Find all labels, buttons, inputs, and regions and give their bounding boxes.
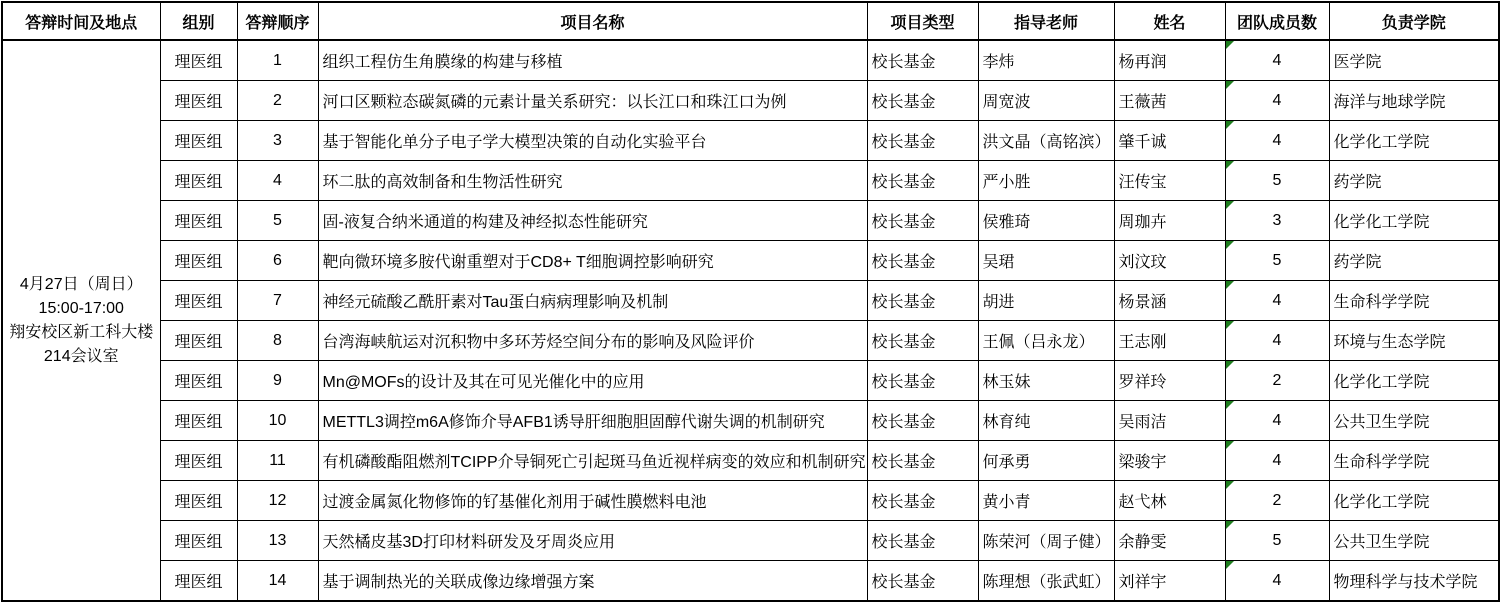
- header-row: 答辩时间及地点 组别 答辩顺序 项目名称 项目类型 指导老师 姓名 团队成员数 …: [2, 2, 1499, 40]
- team-size-cell: 2: [1225, 361, 1329, 401]
- team-size-cell: 5: [1225, 161, 1329, 201]
- project-type-cell: 校长基金: [867, 561, 978, 602]
- project-type-cell: 校长基金: [867, 161, 978, 201]
- student-name-cell: 杨景涵: [1114, 281, 1225, 321]
- project-name-cell: 环二肽的高效制备和生物活性研究: [318, 161, 867, 201]
- group-cell: 理医组: [160, 521, 237, 561]
- team-size-value: 5: [1273, 172, 1282, 189]
- team-size-value: 2: [1273, 492, 1282, 509]
- table-row: 理医组 3 基于智能化单分子电子学大模型决策的自动化实验平台 校长基金 洪文晶（…: [2, 121, 1499, 161]
- defense-order-cell: 4: [237, 161, 318, 201]
- group-cell: 理医组: [160, 361, 237, 401]
- project-type-cell: 校长基金: [867, 40, 978, 81]
- table-row: 理医组 13 天然橘皮基3D打印材料研发及牙周炎应用 校长基金 陈荣河（周子健）…: [2, 521, 1499, 561]
- table-row: 理医组 2 河口区颗粒态碳氮磷的元素计量关系研究：以长江口和珠江口为例 校长基金…: [2, 81, 1499, 121]
- team-size-value: 4: [1273, 412, 1282, 429]
- project-type-cell: 校长基金: [867, 241, 978, 281]
- college-cell: 化学化工学院: [1329, 201, 1499, 241]
- spreadsheet-area: 答辩时间及地点 组别 答辩顺序 项目名称 项目类型 指导老师 姓名 团队成员数 …: [0, 0, 1500, 606]
- group-cell: 理医组: [160, 201, 237, 241]
- table-row: 4月27日（周日） 15:00-17:00 翔安校区新工科大楼 214会议室 理…: [2, 40, 1499, 81]
- project-type-cell: 校长基金: [867, 121, 978, 161]
- advisor-cell: 王佩（吕永龙）: [978, 321, 1114, 361]
- college-cell: 化学化工学院: [1329, 481, 1499, 521]
- defense-order-cell: 14: [237, 561, 318, 602]
- project-name-cell: 神经元硫酸乙酰肝素对Tau蛋白病病理影响及机制: [318, 281, 867, 321]
- column-header-team-size: 团队成员数: [1225, 2, 1329, 40]
- project-name-cell: 基于调制热光的关联成像边缘增强方案: [318, 561, 867, 602]
- student-name-cell: 吴雨洁: [1114, 401, 1225, 441]
- group-cell: 理医组: [160, 121, 237, 161]
- defense-order-cell: 7: [237, 281, 318, 321]
- student-name-cell: 汪传宝: [1114, 161, 1225, 201]
- group-cell: 理医组: [160, 561, 237, 602]
- student-name-cell: 余静雯: [1114, 521, 1225, 561]
- defense-order-cell: 13: [237, 521, 318, 561]
- team-size-value: 4: [1273, 52, 1282, 69]
- defense-schedule-table: 答辩时间及地点 组别 答辩顺序 项目名称 项目类型 指导老师 姓名 团队成员数 …: [1, 1, 1500, 602]
- excel-error-triangle-icon: [1226, 161, 1234, 169]
- student-name-cell: 梁骏宇: [1114, 441, 1225, 481]
- project-name-cell: 组织工程仿生角膜缘的构建与移植: [318, 40, 867, 81]
- column-header-college: 负责学院: [1329, 2, 1499, 40]
- student-name-cell: 王薇茜: [1114, 81, 1225, 121]
- column-header-name: 姓名: [1114, 2, 1225, 40]
- team-size-cell: 3: [1225, 201, 1329, 241]
- project-name-cell: 基于智能化单分子电子学大模型决策的自动化实验平台: [318, 121, 867, 161]
- table-header: 答辩时间及地点 组别 答辩顺序 项目名称 项目类型 指导老师 姓名 团队成员数 …: [2, 2, 1499, 40]
- project-name-cell: 河口区颗粒态碳氮磷的元素计量关系研究：以长江口和珠江口为例: [318, 81, 867, 121]
- student-name-cell: 王志刚: [1114, 321, 1225, 361]
- excel-error-triangle-icon: [1226, 481, 1234, 489]
- excel-error-triangle-icon: [1226, 561, 1234, 569]
- table-row: 理医组 14 基于调制热光的关联成像边缘增强方案 校长基金 陈理想（张武虹） 刘…: [2, 561, 1499, 602]
- project-type-cell: 校长基金: [867, 201, 978, 241]
- project-type-cell: 校长基金: [867, 441, 978, 481]
- defense-order-cell: 12: [237, 481, 318, 521]
- project-type-cell: 校长基金: [867, 81, 978, 121]
- student-name-cell: 罗祥玲: [1114, 361, 1225, 401]
- project-type-cell: 校长基金: [867, 281, 978, 321]
- excel-error-triangle-icon: [1226, 41, 1234, 49]
- table-row: 理医组 8 台湾海峡航运对沉积物中多环芳烃空间分布的影响及风险评价 校长基金 王…: [2, 321, 1499, 361]
- column-header-group: 组别: [160, 2, 237, 40]
- team-size-cell: 4: [1225, 561, 1329, 602]
- advisor-cell: 严小胜: [978, 161, 1114, 201]
- project-name-cell: 有机磷酸酯阻燃剂TCIPP介导铜死亡引起斑马鱼近视样病变的效应和机制研究: [318, 441, 867, 481]
- team-size-cell: 5: [1225, 241, 1329, 281]
- table-body: 4月27日（周日） 15:00-17:00 翔安校区新工科大楼 214会议室 理…: [2, 40, 1499, 601]
- student-name-cell: 杨再润: [1114, 40, 1225, 81]
- college-cell: 生命科学学院: [1329, 441, 1499, 481]
- student-name-cell: 肇千诚: [1114, 121, 1225, 161]
- table-row: 理医组 4 环二肽的高效制备和生物活性研究 校长基金 严小胜 汪传宝 5 药学院: [2, 161, 1499, 201]
- student-name-cell: 刘汶玟: [1114, 241, 1225, 281]
- team-size-cell: 4: [1225, 441, 1329, 481]
- table-row: 理医组 11 有机磷酸酯阻燃剂TCIPP介导铜死亡引起斑马鱼近视样病变的效应和机…: [2, 441, 1499, 481]
- college-cell: 药学院: [1329, 241, 1499, 281]
- table-row: 理医组 7 神经元硫酸乙酰肝素对Tau蛋白病病理影响及机制 校长基金 胡进 杨景…: [2, 281, 1499, 321]
- table-row: 理医组 9 Mn@MOFs的设计及其在可见光催化中的应用 校长基金 林玉妹 罗祥…: [2, 361, 1499, 401]
- advisor-cell: 陈荣河（周子健）: [978, 521, 1114, 561]
- group-cell: 理医组: [160, 241, 237, 281]
- column-header-order: 答辩顺序: [237, 2, 318, 40]
- defense-order-cell: 2: [237, 81, 318, 121]
- group-cell: 理医组: [160, 40, 237, 81]
- project-type-cell: 校长基金: [867, 481, 978, 521]
- advisor-cell: 洪文晶（高铭滨）: [978, 121, 1114, 161]
- advisor-cell: 胡进: [978, 281, 1114, 321]
- project-name-cell: 过渡金属氮化物修饰的钌基催化剂用于碱性膜燃料电池: [318, 481, 867, 521]
- excel-error-triangle-icon: [1226, 81, 1234, 89]
- college-cell: 公共卫生学院: [1329, 521, 1499, 561]
- advisor-cell: 何承勇: [978, 441, 1114, 481]
- defense-order-cell: 3: [237, 121, 318, 161]
- excel-error-triangle-icon: [1226, 201, 1234, 209]
- team-size-cell: 4: [1225, 121, 1329, 161]
- student-name-cell: 赵弋林: [1114, 481, 1225, 521]
- advisor-cell: 林玉妹: [978, 361, 1114, 401]
- column-header-project-type: 项目类型: [867, 2, 978, 40]
- team-size-cell: 2: [1225, 481, 1329, 521]
- excel-error-triangle-icon: [1226, 281, 1234, 289]
- college-cell: 化学化工学院: [1329, 361, 1499, 401]
- group-cell: 理医组: [160, 81, 237, 121]
- schedule-cell: 4月27日（周日） 15:00-17:00 翔安校区新工科大楼 214会议室: [2, 40, 160, 601]
- team-size-value: 4: [1273, 132, 1282, 149]
- team-size-value: 4: [1273, 572, 1282, 589]
- advisor-cell: 周宽波: [978, 81, 1114, 121]
- table-row: 理医组 10 METTL3调控m6A修饰介导AFB1诱导肝细胞胆固醇代谢失调的机…: [2, 401, 1499, 441]
- team-size-cell: 4: [1225, 281, 1329, 321]
- project-type-cell: 校长基金: [867, 361, 978, 401]
- excel-error-triangle-icon: [1226, 521, 1234, 529]
- column-header-advisor: 指导老师: [978, 2, 1114, 40]
- advisor-cell: 陈理想（张武虹）: [978, 561, 1114, 602]
- group-cell: 理医组: [160, 161, 237, 201]
- project-type-cell: 校长基金: [867, 401, 978, 441]
- team-size-value: 5: [1273, 532, 1282, 549]
- excel-error-triangle-icon: [1226, 241, 1234, 249]
- student-name-cell: 周珈卉: [1114, 201, 1225, 241]
- college-cell: 物理科学与技术学院: [1329, 561, 1499, 602]
- project-name-cell: METTL3调控m6A修饰介导AFB1诱导肝细胞胆固醇代谢失调的机制研究: [318, 401, 867, 441]
- excel-error-triangle-icon: [1226, 401, 1234, 409]
- defense-order-cell: 6: [237, 241, 318, 281]
- team-size-value: 4: [1273, 92, 1282, 109]
- group-cell: 理医组: [160, 441, 237, 481]
- team-size-cell: 4: [1225, 40, 1329, 81]
- table-row: 理医组 5 固-液复合纳米通道的构建及神经拟态性能研究 校长基金 侯雅琦 周珈卉…: [2, 201, 1499, 241]
- team-size-cell: 5: [1225, 521, 1329, 561]
- college-cell: 生命科学学院: [1329, 281, 1499, 321]
- college-cell: 化学化工学院: [1329, 121, 1499, 161]
- column-header-time-location: 答辩时间及地点: [2, 2, 160, 40]
- team-size-value: 2: [1273, 372, 1282, 389]
- excel-error-triangle-icon: [1226, 321, 1234, 329]
- student-name-cell: 刘祥宇: [1114, 561, 1225, 602]
- excel-error-triangle-icon: [1226, 361, 1234, 369]
- group-cell: 理医组: [160, 321, 237, 361]
- excel-error-triangle-icon: [1226, 441, 1234, 449]
- college-cell: 环境与生态学院: [1329, 321, 1499, 361]
- defense-order-cell: 8: [237, 321, 318, 361]
- college-cell: 医学院: [1329, 40, 1499, 81]
- project-name-cell: 固-液复合纳米通道的构建及神经拟态性能研究: [318, 201, 867, 241]
- advisor-cell: 林育纯: [978, 401, 1114, 441]
- advisor-cell: 侯雅琦: [978, 201, 1114, 241]
- project-name-cell: 台湾海峡航运对沉积物中多环芳烃空间分布的影响及风险评价: [318, 321, 867, 361]
- team-size-cell: 4: [1225, 81, 1329, 121]
- college-cell: 药学院: [1329, 161, 1499, 201]
- project-name-cell: 天然橘皮基3D打印材料研发及牙周炎应用: [318, 521, 867, 561]
- team-size-value: 3: [1273, 212, 1282, 229]
- college-cell: 海洋与地球学院: [1329, 81, 1499, 121]
- project-name-cell: 靶向微环境多胺代谢重塑对于CD8+ T细胞调控影响研究: [318, 241, 867, 281]
- advisor-cell: 李炜: [978, 40, 1114, 81]
- defense-order-cell: 1: [237, 40, 318, 81]
- defense-order-cell: 11: [237, 441, 318, 481]
- table-row: 理医组 6 靶向微环境多胺代谢重塑对于CD8+ T细胞调控影响研究 校长基金 吴…: [2, 241, 1499, 281]
- defense-order-cell: 5: [237, 201, 318, 241]
- team-size-value: 5: [1273, 252, 1282, 269]
- table-row: 理医组 12 过渡金属氮化物修饰的钌基催化剂用于碱性膜燃料电池 校长基金 黄小青…: [2, 481, 1499, 521]
- team-size-value: 4: [1273, 292, 1282, 309]
- advisor-cell: 吴珺: [978, 241, 1114, 281]
- group-cell: 理医组: [160, 281, 237, 321]
- group-cell: 理医组: [160, 481, 237, 521]
- team-size-value: 4: [1273, 452, 1282, 469]
- defense-order-cell: 9: [237, 361, 318, 401]
- team-size-cell: 4: [1225, 321, 1329, 361]
- project-name-cell: Mn@MOFs的设计及其在可见光催化中的应用: [318, 361, 867, 401]
- advisor-cell: 黄小青: [978, 481, 1114, 521]
- college-cell: 公共卫生学院: [1329, 401, 1499, 441]
- team-size-value: 4: [1273, 332, 1282, 349]
- defense-order-cell: 10: [237, 401, 318, 441]
- column-header-project-name: 项目名称: [318, 2, 867, 40]
- project-type-cell: 校长基金: [867, 521, 978, 561]
- group-cell: 理医组: [160, 401, 237, 441]
- project-type-cell: 校长基金: [867, 321, 978, 361]
- excel-error-triangle-icon: [1226, 121, 1234, 129]
- team-size-cell: 4: [1225, 401, 1329, 441]
